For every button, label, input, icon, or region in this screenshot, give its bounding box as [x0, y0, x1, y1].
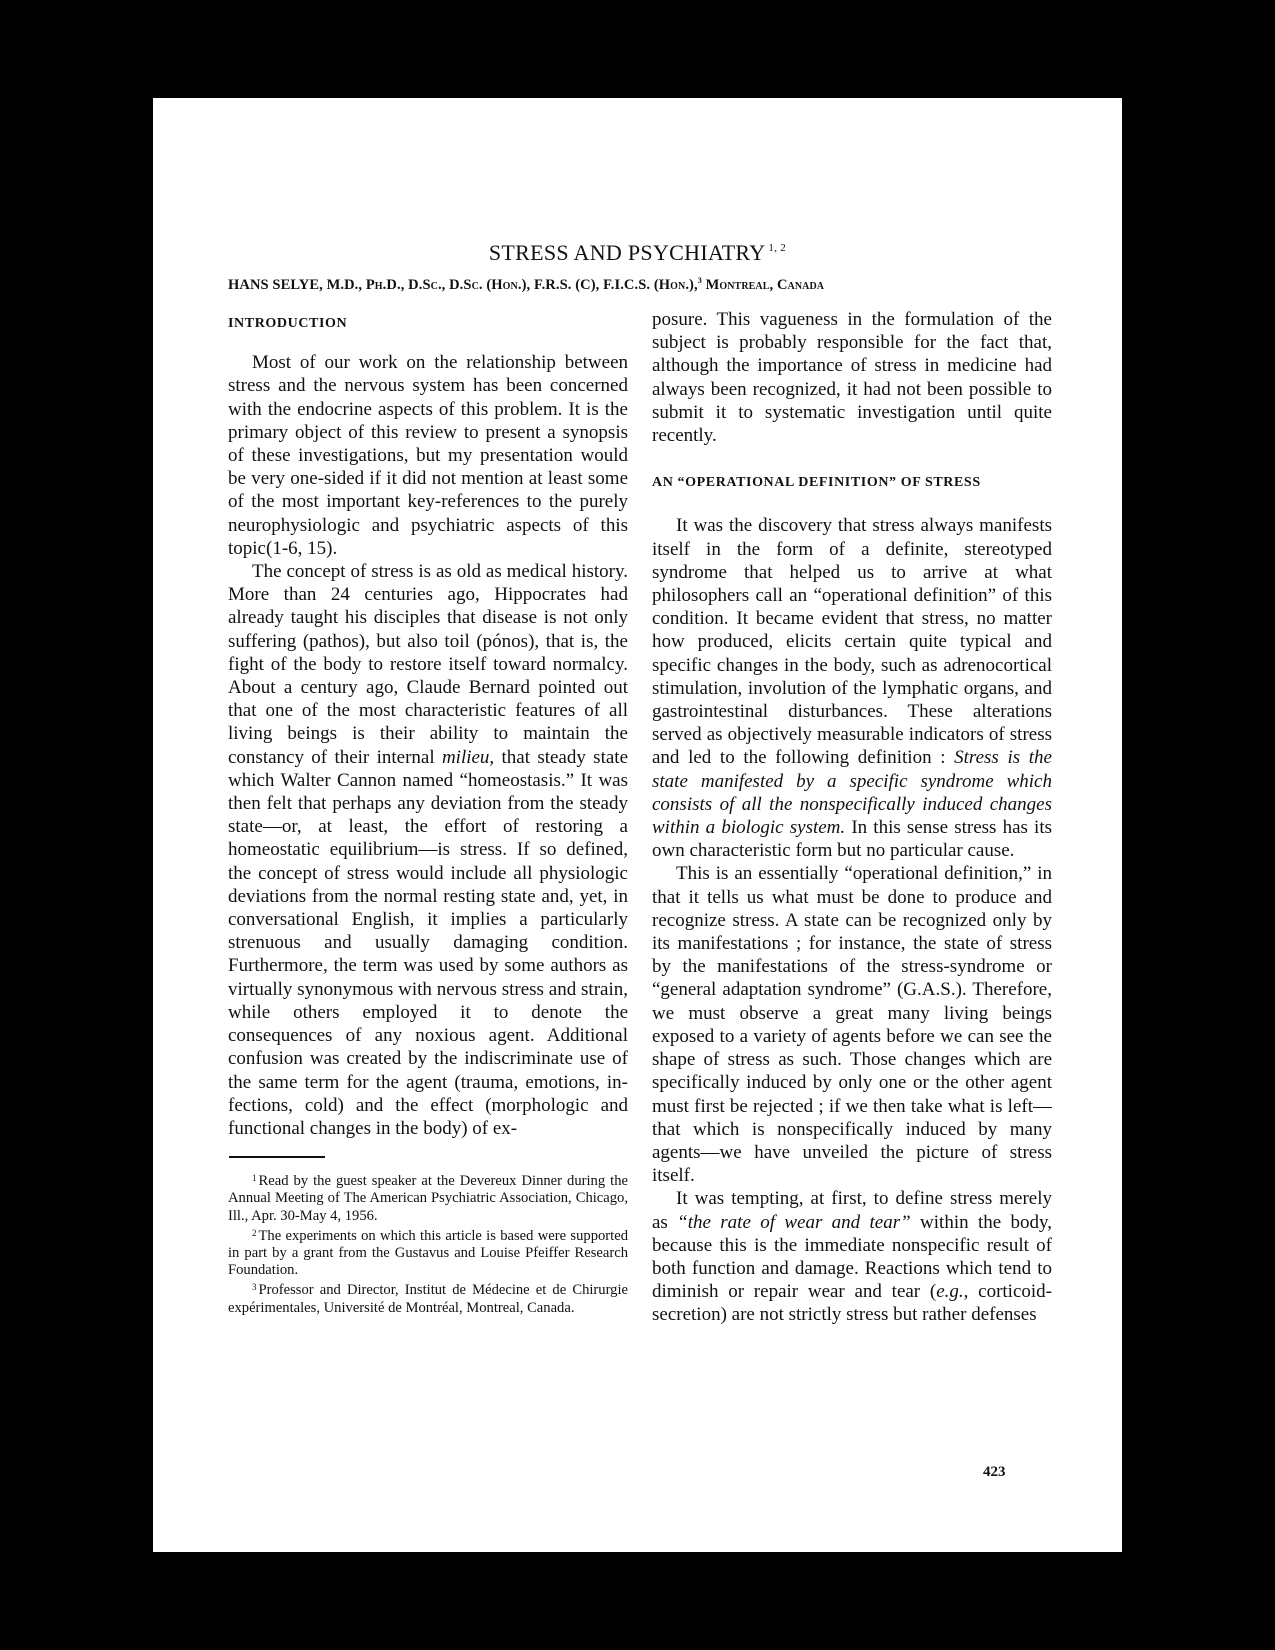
- paragraph: This is an essentially “operational defi…: [652, 862, 1052, 1187]
- title-text: STRESS AND PSYCHIATRY: [489, 240, 766, 265]
- italic-abbrev: e.g.,: [936, 1281, 968, 1302]
- author-footnote-mark: 3: [698, 276, 702, 285]
- paragraph-text: that steady state which Walter Cannon na…: [228, 747, 628, 1139]
- paragraph-continuation: posure. This vagueness in the formulatio…: [652, 308, 1052, 447]
- footnote-mark: 3: [252, 1282, 257, 1292]
- footnote-text: Read by the guest speaker at the Devereu…: [228, 1173, 628, 1223]
- italic-term: milieu,: [442, 747, 494, 768]
- paragraph: Most of our work on the relationship be­…: [228, 351, 628, 560]
- author-name: HANS SELYE,: [228, 277, 323, 293]
- journal-page: STRESS AND PSYCHIATRY1, 2 HANS SELYE, M.…: [153, 98, 1122, 1552]
- article-title: STRESS AND PSYCHIATRY1, 2: [153, 240, 1122, 266]
- section-heading-operational-definition: An “Operational Definition” of Stress: [652, 471, 1052, 494]
- footnote-1: 1Read by the guest speaker at the Devere…: [228, 1170, 628, 1225]
- paragraph: The concept of stress is as old as medic…: [228, 560, 628, 1140]
- paragraph-text: It was the discovery that stress always …: [652, 515, 1052, 768]
- footnote-divider: [229, 1156, 325, 1158]
- footnote-text: Professor and Director, Institut de Méde…: [228, 1282, 628, 1315]
- footnote-text: The experiments on which this article is…: [228, 1228, 628, 1278]
- footnote-mark: 2: [252, 1228, 257, 1238]
- paragraph-text: The concept of stress is as old as medic…: [228, 561, 628, 768]
- footnote-2: 2The experiments on which this article i…: [228, 1225, 628, 1280]
- author-location: Montreal, Canada: [706, 277, 825, 293]
- title-footnote-marks: 1, 2: [768, 242, 786, 254]
- left-column: Introduction Most of our work on the rel…: [228, 306, 628, 1317]
- author-byline: HANS SELYE, M.D., Ph.D., D.Sc., D.Sc. (H…: [228, 276, 1058, 294]
- paragraph: It was tempting, at first, to define str…: [652, 1187, 1052, 1326]
- footnote-mark: 1: [252, 1173, 257, 1183]
- page-number: 423: [983, 1464, 1006, 1481]
- right-column: posure. This vagueness in the formulatio…: [652, 308, 1052, 1327]
- section-heading-introduction: Introduction: [228, 312, 628, 335]
- author-degrees: M.D., Ph.D., D.Sc., D.Sc. (Hon.), F.R.S.…: [327, 277, 698, 293]
- paragraph: It was the discovery that stress always …: [652, 514, 1052, 862]
- footnote-3: 3Professor and Director, Institut de Méd…: [228, 1279, 628, 1316]
- italic-quote: “the rate of wear and tear”: [677, 1212, 911, 1233]
